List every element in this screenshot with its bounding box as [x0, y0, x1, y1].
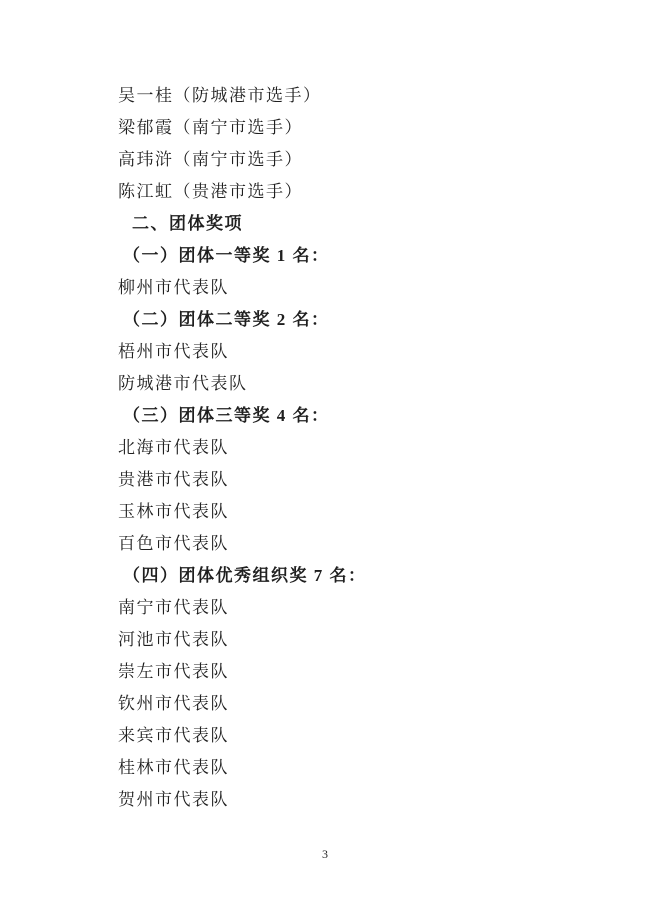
text-line: 玉林市代表队 — [118, 496, 610, 528]
text-line: 贺州市代表队 — [118, 784, 610, 816]
heading-line: （二）团体二等奖 2 名： — [123, 304, 610, 336]
text-line: 贵港市代表队 — [118, 464, 610, 496]
text-line: 高玮浒（南宁市选手） — [118, 144, 610, 176]
text-line: 梁郁霞（南宁市选手） — [118, 112, 610, 144]
text-line: 防城港市代表队 — [118, 368, 610, 400]
text-line: 陈江虹（贵港市选手） — [118, 176, 610, 208]
text-line: 崇左市代表队 — [118, 656, 610, 688]
text-line: 柳州市代表队 — [118, 272, 610, 304]
text-line: 百色市代表队 — [118, 528, 610, 560]
text-line: 钦州市代表队 — [118, 688, 610, 720]
page-number: 3 — [0, 846, 650, 862]
document-page: 吴一桂（防城港市选手）梁郁霞（南宁市选手）高玮浒（南宁市选手）陈江虹（贵港市选手… — [0, 0, 650, 919]
text-line: 北海市代表队 — [118, 432, 610, 464]
text-line: 梧州市代表队 — [118, 336, 610, 368]
heading-line: 二、团体奖项 — [132, 208, 610, 240]
heading-line: （一）团体一等奖 1 名： — [123, 240, 610, 272]
document-content: 吴一桂（防城港市选手）梁郁霞（南宁市选手）高玮浒（南宁市选手）陈江虹（贵港市选手… — [118, 80, 610, 816]
text-line: 河池市代表队 — [118, 624, 610, 656]
heading-line: （四）团体优秀组织奖 7 名： — [123, 560, 610, 592]
text-line: 吴一桂（防城港市选手） — [118, 80, 610, 112]
text-line: 南宁市代表队 — [118, 592, 610, 624]
text-line: 来宾市代表队 — [118, 720, 610, 752]
text-line: 桂林市代表队 — [118, 752, 610, 784]
heading-line: （三）团体三等奖 4 名： — [123, 400, 610, 432]
